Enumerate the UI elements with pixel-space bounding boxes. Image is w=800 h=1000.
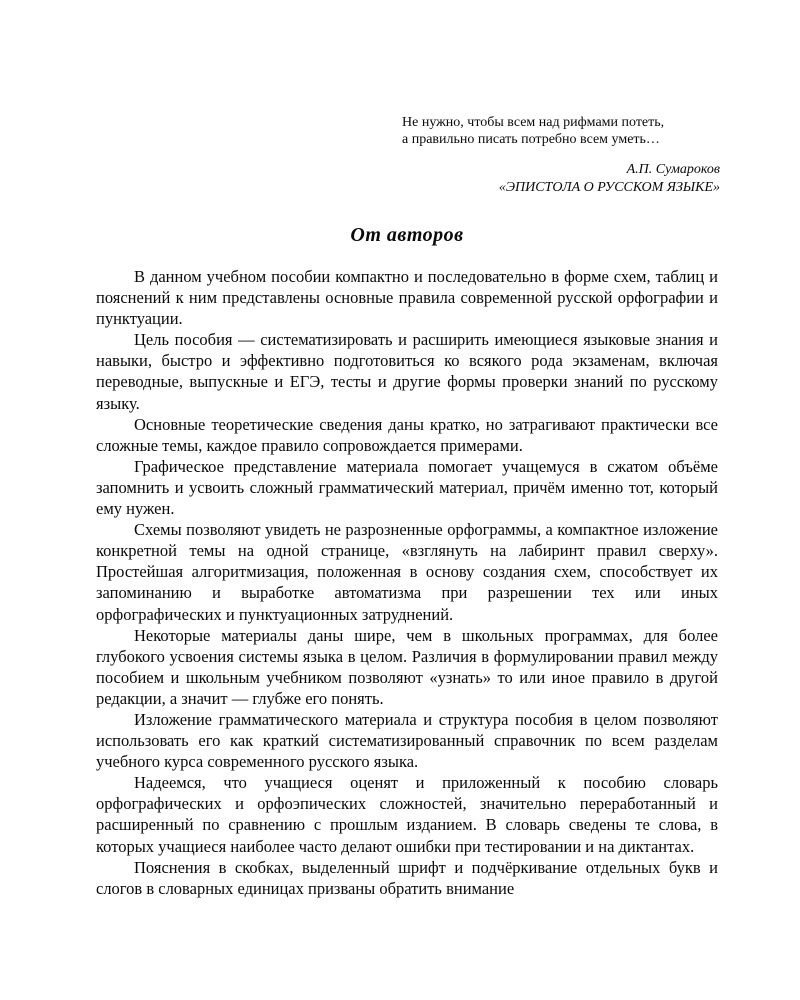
epigraph-line-2: а правильно писать потребно всем уметь… xyxy=(402,131,720,148)
body-paragraphs: В данном учебном пособии компактно и пос… xyxy=(96,266,718,899)
paragraph: Схемы позволяют увидеть не разрозненные … xyxy=(96,519,718,624)
epigraph: Не нужно, чтобы всем над рифмами потеть,… xyxy=(402,114,720,197)
epigraph-verse: Не нужно, чтобы всем над рифмами потеть,… xyxy=(402,114,720,148)
epigraph-line-1: Не нужно, чтобы всем над рифмами потеть, xyxy=(402,114,720,131)
paragraph: Изложение грамматического материала и ст… xyxy=(96,709,718,772)
paragraph: В данном учебном пособии компактно и пос… xyxy=(96,266,718,329)
paragraph: Графическое представление материала помо… xyxy=(96,456,718,519)
paragraph: Основные теоретические сведения даны кра… xyxy=(96,414,718,456)
epigraph-author: А.П. Сумароков xyxy=(402,161,720,179)
section-heading: От авторов xyxy=(96,224,718,247)
paragraph: Пояснения в скобках, выделенный шрифт и … xyxy=(96,857,718,899)
book-page: Не нужно, чтобы всем над рифмами потеть,… xyxy=(0,0,800,1000)
paragraph: Надеемся, что учащиеся оценят и приложен… xyxy=(96,772,718,856)
epigraph-attribution: А.П. Сумароков «ЭПИСТОЛА О РУССКОМ ЯЗЫКЕ… xyxy=(402,161,720,197)
paragraph: Некоторые материалы даны шире, чем в шко… xyxy=(96,625,718,709)
epigraph-source: «ЭПИСТОЛА О РУССКОМ ЯЗЫКЕ» xyxy=(402,179,720,197)
paragraph: Цель пособия — систематизировать и расши… xyxy=(96,329,718,413)
